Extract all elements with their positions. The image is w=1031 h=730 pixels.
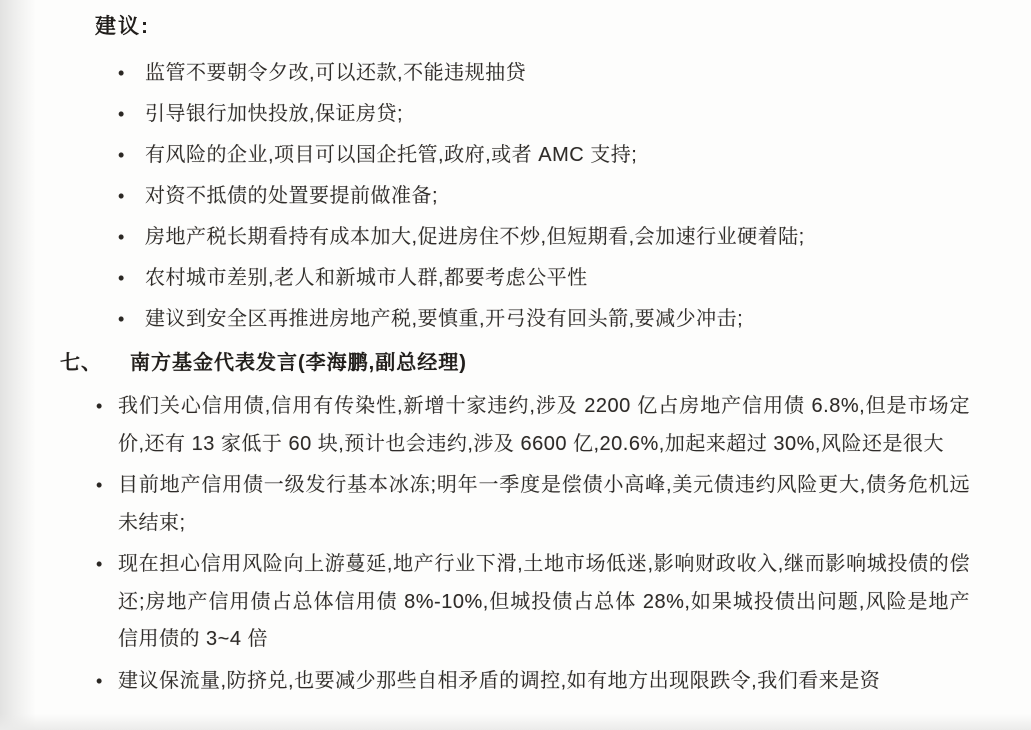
section-bullet-item: • 我们关心信用债,信用有传染性,新增十家违约,涉及 2200 亿占房地产信用债… — [96, 388, 970, 463]
section-bullet-text: 建议保流量,防挤兑,也要减少那些自相矛盾的调控,如有地方出现限跌令,我们看来是资 — [118, 663, 880, 701]
suggestion-item: • 农村城市差别,老人和新城市人群,都要考虑公平性 — [118, 259, 991, 297]
section-bullet-item: • 目前地产信用债一级发行基本冰冻;明年一季度是偿债小高峰,美元债违约风险更大,… — [96, 467, 970, 542]
page-bottom-edge-shadow — [0, 714, 1031, 730]
bullet-icon: • — [118, 54, 145, 92]
section-bullet-item: • 建议保流量,防挤兑,也要减少那些自相矛盾的调控,如有地方出现限跌令,我们看来… — [96, 663, 970, 701]
suggestion-item: • 有风险的企业,项目可以国企托管,政府,或者 AMC 支持; — [118, 136, 991, 174]
suggestion-text: 引导银行加快投放,保证房贷; — [145, 95, 403, 133]
section-bullet-text: 现在担心信用风险向上游蔓延,地产行业下滑,土地市场低迷,影响财政收入,继而影响城… — [118, 546, 970, 659]
bullet-icon: • — [96, 663, 118, 701]
suggestion-item: • 对资不抵债的处置要提前做准备; — [118, 177, 991, 215]
document-page: 建议: • 监管不要朝令夕改,可以还款,不能违规抽贷 • 引导银行加快投放,保证… — [0, 0, 1031, 730]
suggestion-text: 房地产税长期看持有成本加大,促进房住不炒,但短期看,会加速行业硬着陆; — [145, 218, 805, 256]
section-bullet-item: • 现在担心信用风险向上游蔓延,地产行业下滑,土地市场低迷,影响财政收入,继而影… — [96, 546, 970, 659]
bullet-icon: • — [96, 467, 118, 542]
section-heading: 七、 南方基金代表发言(李海鹏,副总经理) — [60, 343, 1031, 383]
suggestion-text: 监管不要朝令夕改,可以还款,不能违规抽贷 — [145, 54, 526, 92]
bullet-icon: • — [118, 136, 145, 174]
section-bullet-text: 目前地产信用债一级发行基本冰冻;明年一季度是偿债小高峰,美元债违约风险更大,债务… — [118, 467, 970, 542]
bullet-icon: • — [118, 300, 145, 338]
suggestion-item: • 建议到安全区再推进房地产税,要慎重,开弓没有回头箭,要减少冲击; — [118, 300, 991, 338]
suggestion-item: • 监管不要朝令夕改,可以还款,不能违规抽贷 — [118, 54, 991, 92]
bullet-icon: • — [118, 95, 145, 133]
suggestion-text: 建议到安全区再推进房地产税,要慎重,开弓没有回头箭,要减少冲击; — [145, 300, 743, 338]
suggestions-heading: 建议: — [95, 10, 1031, 40]
section-title: 南方基金代表发言(李海鹏,副总经理) — [130, 343, 467, 383]
bullet-icon: • — [96, 388, 118, 463]
bullet-icon: • — [118, 218, 145, 256]
suggestion-text: 有风险的企业,项目可以国企托管,政府,或者 AMC 支持; — [145, 136, 637, 174]
bullet-icon: • — [96, 546, 118, 659]
section-number: 七、 — [60, 343, 130, 383]
bullet-icon: • — [118, 259, 145, 297]
suggestion-item: • 引导银行加快投放,保证房贷; — [118, 95, 991, 133]
bullet-icon: • — [118, 177, 145, 215]
suggestion-item: • 房地产税长期看持有成本加大,促进房住不炒,但短期看,会加速行业硬着陆; — [118, 218, 991, 256]
suggestion-text: 农村城市差别,老人和新城市人群,都要考虑公平性 — [145, 259, 588, 297]
section-bullet-text: 我们关心信用债,信用有传染性,新增十家违约,涉及 2200 亿占房地产信用债 6… — [118, 388, 970, 463]
document-content: 建议: • 监管不要朝令夕改,可以还款,不能违规抽贷 • 引导银行加快投放,保证… — [0, 8, 1031, 704]
suggestion-text: 对资不抵债的处置要提前做准备; — [145, 177, 438, 215]
